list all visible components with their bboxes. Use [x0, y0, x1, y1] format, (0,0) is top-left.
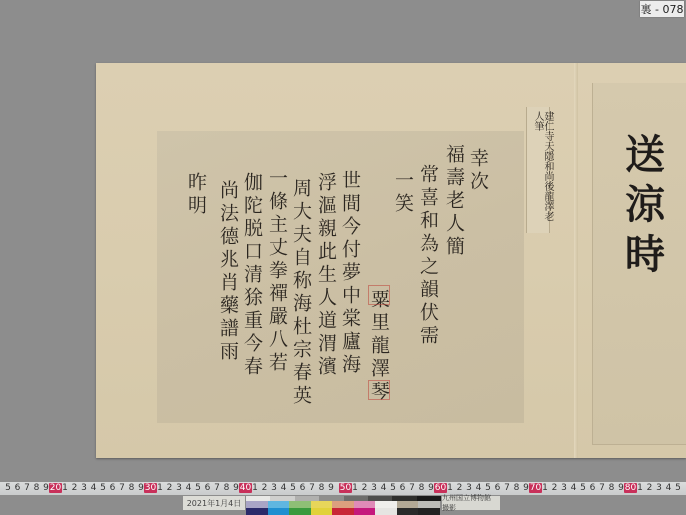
ruler-minor-mark: 4 [569, 483, 578, 493]
ruler-minor-mark: 6 [588, 483, 597, 493]
ruler-minor-mark: 7 [503, 483, 512, 493]
ruler-minor-mark: 7 [308, 483, 317, 493]
ruler-minor-mark: 3 [370, 483, 379, 493]
ruler-minor-mark: 6 [203, 483, 212, 493]
ruler-minor-mark: 3 [80, 483, 89, 493]
ruler-minor-mark: 6 [13, 483, 22, 493]
ruler-minor-mark: 8 [417, 483, 426, 493]
ruler-minor-mark: 4 [379, 483, 388, 493]
ruler-minor-mark: 3 [175, 483, 184, 493]
ruler-minor-mark: 7 [598, 483, 607, 493]
ruler-minor-mark: 1 [156, 483, 165, 493]
color-patch [375, 501, 397, 515]
ruler-minor-mark: 8 [32, 483, 41, 493]
ruler-minor-mark: 4 [279, 483, 288, 493]
ruler-minor-mark: 1 [541, 483, 550, 493]
red-seal-mark [368, 380, 390, 400]
attribution-label-strip: 建仁寺天隱和尚後龍澤老人筆 [526, 107, 550, 233]
ruler-minor-mark: 2 [550, 483, 559, 493]
title-char-1: 送 [625, 123, 665, 180]
ruler-minor-mark: 4 [664, 483, 673, 493]
measurement-ruler: 5678920123456789301234567894012345678950… [0, 482, 686, 495]
ruler-minor-mark: 1 [251, 483, 260, 493]
color-patch [397, 501, 419, 515]
color-patch [332, 501, 354, 515]
ruler-minor-mark: 8 [317, 483, 326, 493]
calligraphy-column: 常喜和為之韻伏需 [418, 164, 437, 348]
ruler-minor-mark: 5 [289, 483, 298, 493]
ruler-minor-mark: 2 [165, 483, 174, 493]
ruler-minor-mark: 7 [213, 483, 222, 493]
color-patch [354, 501, 376, 515]
ruler-minor-mark: 3 [655, 483, 664, 493]
ruler-minor-mark: 7 [118, 483, 127, 493]
calligraphy-column: 尚法德兆肖藥譜雨 [218, 180, 237, 364]
color-patch [311, 501, 333, 515]
mount-seam [574, 63, 578, 458]
ruler-minor-mark: 4 [89, 483, 98, 493]
ruler-minor-mark: 5 [99, 483, 108, 493]
calligraphy-column: 一笑 [393, 170, 412, 216]
ruler-minor-mark: 4 [184, 483, 193, 493]
ruler-minor-mark: 5 [194, 483, 203, 493]
ruler-minor-mark: 5 [674, 483, 683, 493]
calligraphy-column: 世間今付夢中棠廬海 [340, 170, 359, 377]
ruler-minor-mark: 5 [579, 483, 588, 493]
title-char-3: 時 [625, 223, 665, 280]
ruler-minor-mark: 1 [61, 483, 70, 493]
ruler-minor-mark: 5 [389, 483, 398, 493]
ruler-minor-mark: 8 [222, 483, 231, 493]
ruler-minor-mark: 5 [484, 483, 493, 493]
calligraphy-column: 幸次 [468, 148, 487, 194]
calligraphy-column: 周大夫自称海杜宗春英 [291, 178, 310, 408]
ruler-minor-mark: 8 [127, 483, 136, 493]
ruler-minor-mark: 2 [645, 483, 654, 493]
ruler-minor-mark: 8 [512, 483, 521, 493]
ruler-minor-mark: 6 [108, 483, 117, 493]
frame-number-label: 裏 - 078 [640, 1, 684, 17]
color-checker [246, 501, 440, 515]
ruler-minor-mark: 2 [70, 483, 79, 493]
calligraphy-column: 昨明 [186, 172, 205, 218]
attribution-text: 建仁寺天隱和尚後龍澤老人筆 [532, 111, 552, 229]
capture-date: 2021年1月4日 [183, 496, 245, 510]
color-patch [246, 501, 268, 515]
ruler-minor-mark: 7 [23, 483, 32, 493]
ruler-minor-mark: 6 [493, 483, 502, 493]
ruler-minor-mark: 5 [4, 483, 13, 493]
next-sheet: 送 涼 時 [592, 83, 686, 445]
color-patch [418, 501, 440, 515]
color-patch [289, 501, 311, 515]
ruler-minor-mark: 4 [474, 483, 483, 493]
ruler-minor-mark: 7 [408, 483, 417, 493]
ruler-minor-mark: 3 [270, 483, 279, 493]
color-patch [268, 501, 290, 515]
ruler-minor-mark: 9 [327, 483, 336, 493]
ruler-minor-mark: 6 [298, 483, 307, 493]
calligraphy-column: 浮漚親此生人道渭濱 [316, 172, 335, 379]
ruler-minor-mark: 1 [446, 483, 455, 493]
ruler-minor-mark: 1 [636, 483, 645, 493]
ruler-minor-mark: 6 [398, 483, 407, 493]
calligraphy-column: 福壽老人簡 [444, 144, 463, 259]
ruler-minor-mark: 2 [455, 483, 464, 493]
calligraphy-column: 伽陀脱口清狳重今春 [242, 172, 261, 379]
ruler-minor-mark: 2 [260, 483, 269, 493]
calligraphy-column: 一條主丈拳禪嚴八若 [267, 168, 286, 375]
red-seal-mark [368, 285, 390, 305]
ruler-minor-mark: 3 [465, 483, 474, 493]
ruler-minor-mark: 1 [351, 483, 360, 493]
institution-credit: 九州国立博物館 撮影 [442, 496, 500, 510]
ruler-minor-mark: 3 [560, 483, 569, 493]
ruler-minor-mark: 8 [607, 483, 616, 493]
title-char-2: 涼 [625, 173, 665, 230]
ruler-minor-mark: 2 [360, 483, 369, 493]
